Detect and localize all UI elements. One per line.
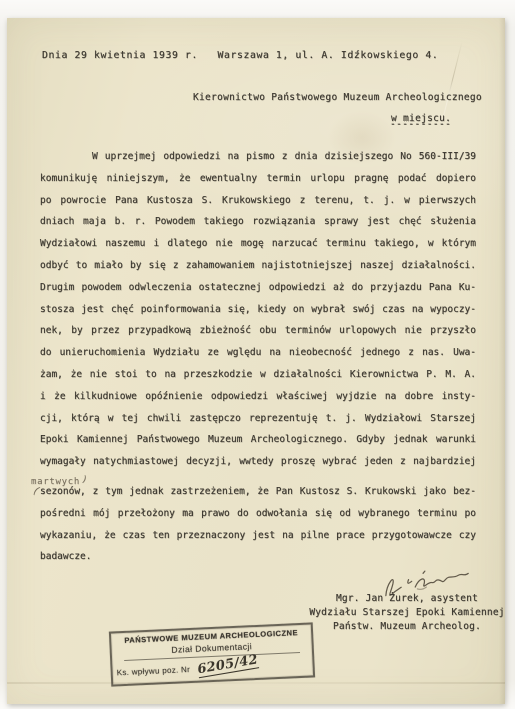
archive-ink-stamp: PAŃSTWOWE MUZEUM ARCHEOLOGICZNE Dział Do… (109, 622, 315, 686)
letter-paper: Dnia 29 kwietnia 1939 r. Warszawa 1, ul.… (7, 18, 505, 704)
addressee-underline-dashes: ---------- (390, 121, 451, 129)
date-location-line: Dnia 29 kwietnia 1939 r. Warszawa 1, ul.… (42, 50, 438, 61)
body-paragraph-2: sezonów, z tym jednak zastrzeżeniem, że … (40, 481, 476, 568)
signatory-institution: Państw. Muzeum Archeolog. (307, 620, 507, 634)
signatory-name-title: Mgr. Jan Żurek, asystent (307, 592, 507, 606)
body-paragraph-1: W uprzejmej odpowiedzi na pismo z dnia d… (40, 146, 476, 473)
stamp-register-label: Ks. wpływu poz. Nr (117, 665, 191, 677)
signatory-department: Wydziału Starszej Epoki Kamiennej (307, 606, 507, 620)
signature-typed-block: Mgr. Jan Żurek, asystent Wydziału Starsz… (307, 592, 507, 634)
addressee-line: Kierownictwo Państwowego Muzeum Archeolo… (193, 92, 482, 103)
paper-crease-bottom (7, 682, 505, 684)
scan-background: Dnia 29 kwietnia 1939 r. Warszawa 1, ul.… (0, 0, 515, 709)
